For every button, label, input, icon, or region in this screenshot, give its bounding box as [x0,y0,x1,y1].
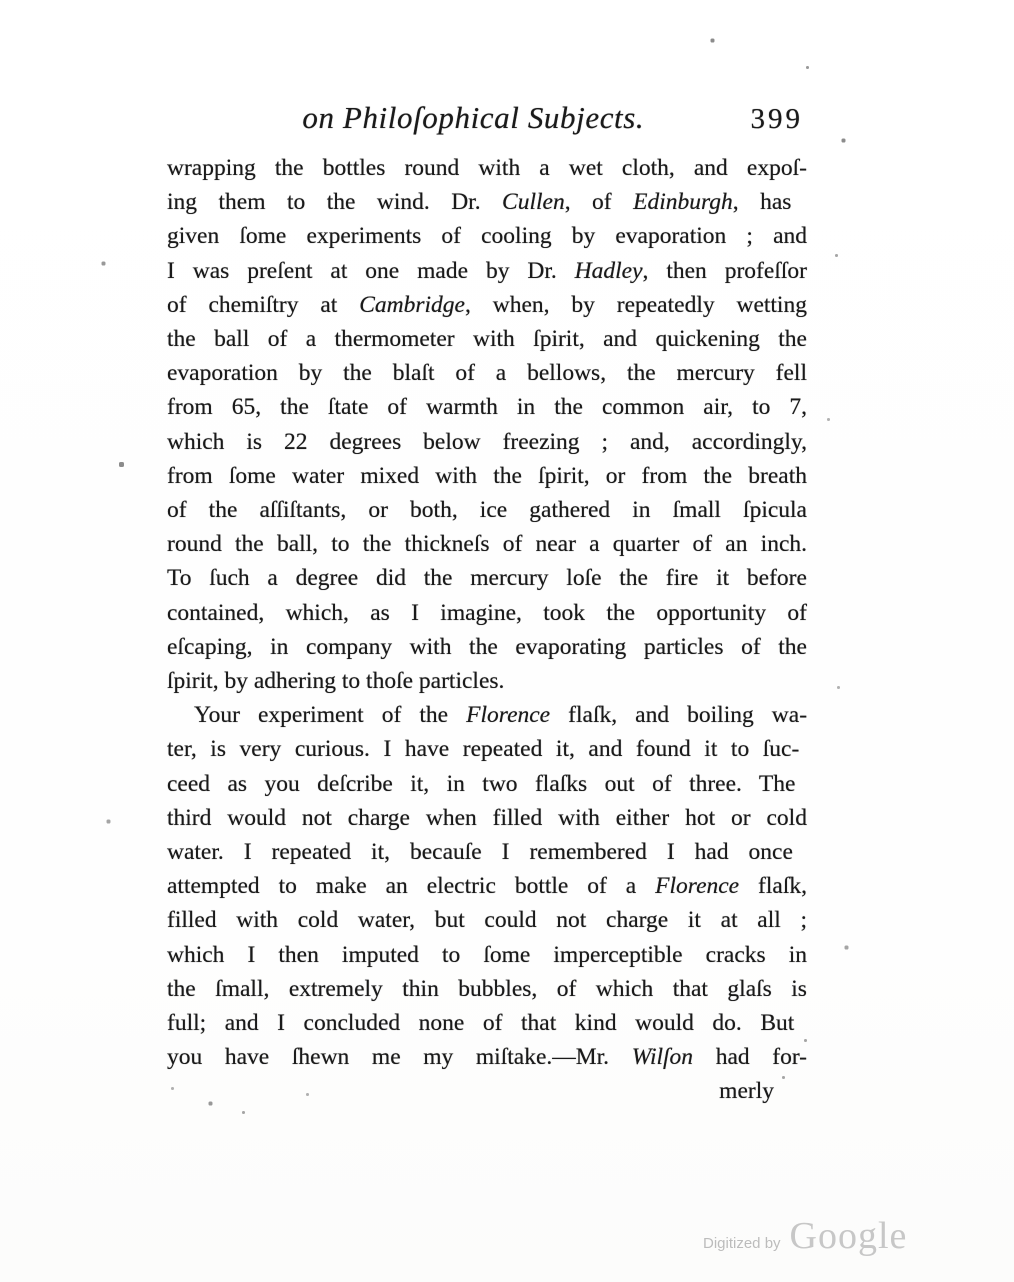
roman-text: third would not charge when filled with … [167,805,807,831]
page-body-text: wrapping the bottles round with a wet cl… [167,151,807,1109]
roman-text: , then profeſſor [643,258,807,284]
google-logo: Google [790,1214,908,1258]
scan-noise [0,0,1,1]
roman-text: had for- [693,1044,807,1070]
text-line: ſpirit, by adhering to thoſe particles. [167,664,807,698]
roman-text: you have ſhewn me my miſtake.—Mr. [167,1044,632,1070]
text-line: third would not charge when filled with … [167,801,807,835]
roman-text: Your experiment of the [194,702,466,728]
catchword: merly [167,1074,807,1108]
text-line: of chemiſtry at Cambridge, when, by repe… [167,288,807,322]
text-line: ceed as you deſcribe it, in two flaſks o… [167,767,807,801]
roman-text: given ſome experiments of cooling by eva… [167,223,807,249]
book-page: on Philoſophical Subjects. 399 wrapping … [0,0,1014,1282]
roman-text: which is 22 degrees below freezing ; and… [167,429,807,455]
roman-text: wrapping the bottles round with a wet cl… [167,155,807,181]
text-line: from 65, the ſtate of warmth in the comm… [167,390,807,424]
text-line: you have ſhewn me my miſtake.—Mr. Wilſon… [167,1040,807,1074]
running-header-title: on Philoſophical Subjects. [302,100,644,136]
text-line: contained, which, as I imagine, took the… [167,596,807,630]
roman-text: flaſk, [739,873,807,899]
text-line: the ball of a thermometer with ſpirit, a… [167,322,807,356]
roman-text: ceed as you deſcribe it, in two flaſks o… [167,771,795,797]
digitization-watermark: Digitized by Google [703,1214,907,1258]
text-line: which I then imputed to ſome imperceptib… [167,938,807,972]
text-line: which is 22 degrees below freezing ; and… [167,425,807,459]
text-line: from ſome water mixed with the ſpirit, o… [167,459,807,493]
text-line: ter, is very curious. I have repeated it… [167,732,807,766]
roman-text: of the aſſiſtants, or both, ice gathered… [167,497,807,523]
roman-text: of chemiſtry at [167,292,359,318]
roman-text: round the ball, to the thickneſs of near… [167,531,807,557]
roman-text: To ſuch a degree did the mercury loſe th… [167,565,807,591]
roman-text: eſcaping, in company with the evaporatin… [167,634,807,660]
text-line: ing them to the wind. Dr. Cullen, of Edi… [167,185,807,219]
text-line: I was preſent at one made by Dr. Hadley,… [167,254,807,288]
text-line: Your experiment of the Florence flaſk, a… [167,698,807,732]
italic-text: Edinburgh [633,189,733,215]
text-line: full; and I concluded none of that kind … [167,1006,807,1040]
roman-text: attempted to make an electric bottle of … [167,873,655,899]
roman-text: I was preſent at one made by Dr. [167,258,575,284]
italic-text: Florence [655,873,739,899]
text-line: eſcaping, in company with the evaporatin… [167,630,807,664]
text-line: evaporation by the blaſt of a bellows, t… [167,356,807,390]
roman-text: from ſome water mixed with the ſpirit, o… [167,463,807,489]
roman-text: which I then imputed to ſome imperceptib… [167,942,807,968]
watermark-text: Digitized by [703,1235,781,1252]
italic-text: Cambridge [359,292,465,318]
italic-text: Florence [466,702,550,728]
italic-text: Hadley [575,258,643,284]
text-line: round the ball, to the thickneſs of near… [167,527,807,561]
roman-text: ing them to the wind. Dr. [167,189,502,215]
roman-text: from 65, the ſtate of warmth in the comm… [167,394,807,420]
running-header: on Philoſophical Subjects. 399 [167,100,807,148]
roman-text: , has [733,189,792,215]
roman-text: full; and I concluded none of that kind … [167,1010,794,1036]
roman-text: ter, is very curious. I have repeated it… [167,736,799,762]
roman-text: , when, by repeatedly wetting [465,292,807,318]
roman-text: , of [565,189,633,215]
roman-text: flaſk, and boiling wa- [550,702,807,728]
text-line: filled with cold water, but could not ch… [167,903,807,937]
text-line: To ſuch a degree did the mercury loſe th… [167,561,807,595]
text-line: given ſome experiments of cooling by eva… [167,219,807,253]
text-line: the ſmall, extremely thin bubbles, of wh… [167,972,807,1006]
roman-text: water. I repeated it, becauſe I remember… [167,839,793,865]
roman-text: contained, which, as I imagine, took the… [167,600,807,626]
roman-text: ſpirit, by adhering to thoſe particles. [167,668,504,694]
roman-text: evaporation by the blaſt of a bellows, t… [167,360,807,386]
roman-text: the ball of a thermometer with ſpirit, a… [167,326,807,352]
roman-text: filled with cold water, but could not ch… [167,907,807,933]
text-line: of the aſſiſtants, or both, ice gathered… [167,493,807,527]
page-number: 399 [751,103,804,136]
text-line: attempted to make an electric bottle of … [167,869,807,903]
italic-text: Cullen [502,189,565,215]
italic-text: Wilſon [632,1044,693,1070]
roman-text: the ſmall, extremely thin bubbles, of wh… [167,976,807,1002]
text-line: wrapping the bottles round with a wet cl… [167,151,807,185]
text-line: water. I repeated it, becauſe I remember… [167,835,807,869]
